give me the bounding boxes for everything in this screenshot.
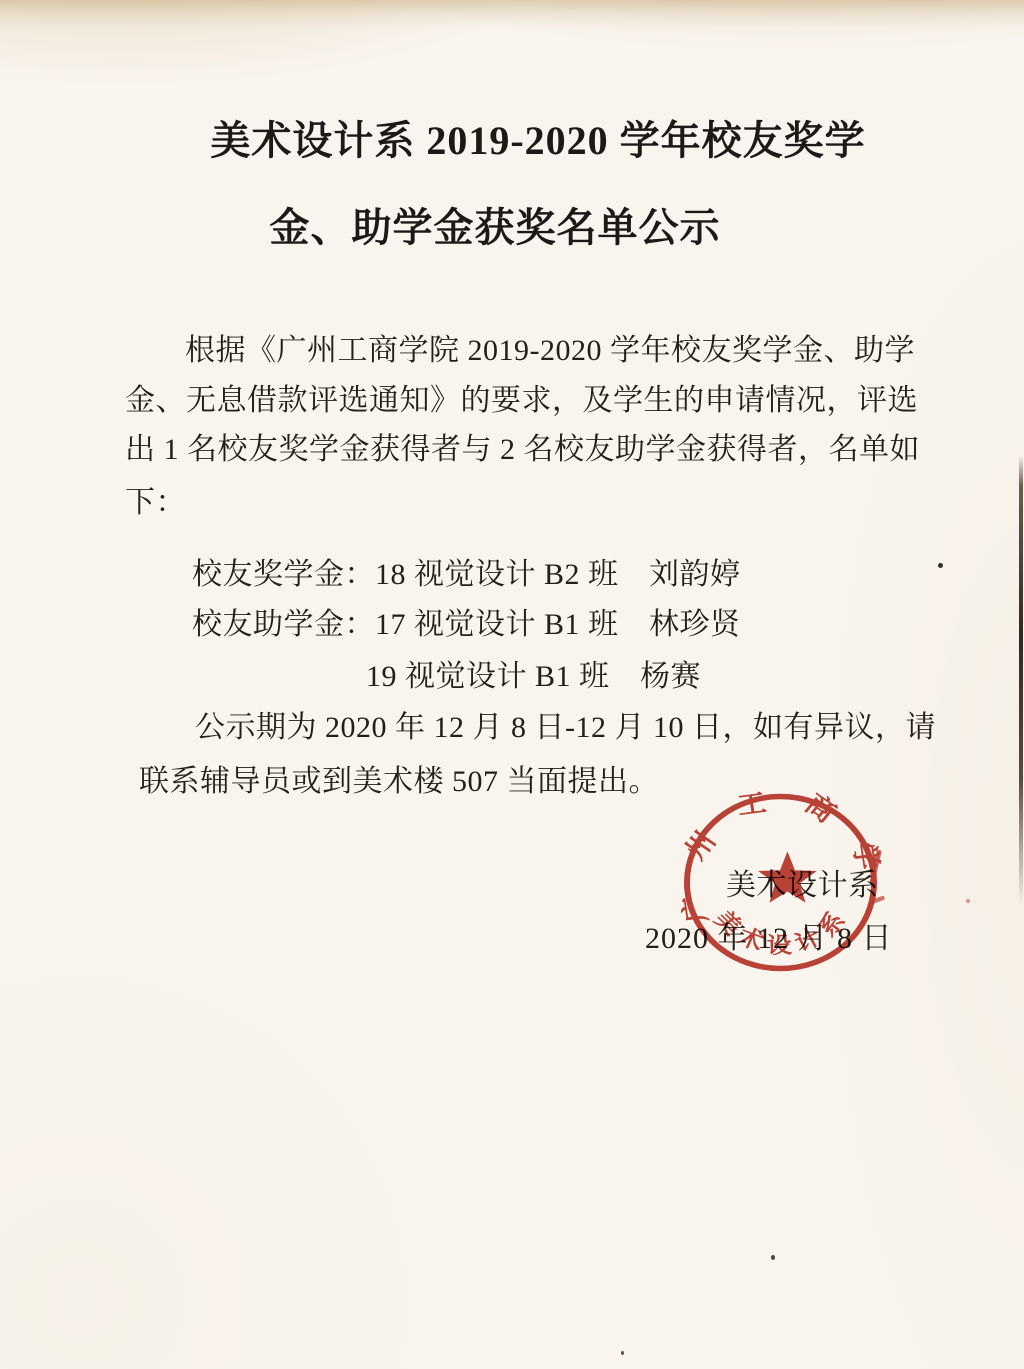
notice-line-2: 联系辅导员或到美术楼 507 当面提出。 <box>139 765 659 800</box>
scan-edge-shadow <box>1019 455 1023 905</box>
scanned-notice-page: 美术设计系 2019-2020 学年校友奖学 金、助学金获奖名单公示 根据《广州… <box>0 0 1024 1369</box>
seal-ring-text: 广州工商学院 <box>650 767 888 924</box>
award-line-scholarship: 校友奖学金：18 视觉设计 B2 班 刘韵婷 <box>192 558 741 593</box>
paper-speck <box>621 1351 624 1355</box>
award-line-grant-2: 19 视觉设计 B1 班 杨赛 <box>366 660 701 695</box>
official-seal: 广州工商学院 美术设计系 <box>681 791 880 974</box>
document-title-line-1: 美术设计系 2019-2020 学年校友奖学 <box>52 109 1024 166</box>
paragraph-line-4: 下： <box>125 486 186 521</box>
seal-star-icon <box>758 851 817 902</box>
paper-speck <box>966 899 970 903</box>
paragraph-line-3: 出 1 名校友奖学金获得者与 2 名校友助学金获得者，名单如 <box>125 433 920 468</box>
document-title-line-2: 金、助学金获奖名单公示 <box>0 196 990 253</box>
paragraph-line-1: 根据《广州工商学院 2019-2020 学年校友奖学金、助学 <box>185 334 915 369</box>
award-line-grant-1: 校友助学金：17 视觉设计 B1 班 林珍贤 <box>192 608 741 643</box>
notice-line-1: 公示期为 2020 年 12 月 8 日-12 月 10 日，如有异议，请 <box>195 711 936 746</box>
paper-speck <box>938 563 943 568</box>
paragraph-line-2: 金、无息借款评选通知》的要求，及学生的申请情况，评选 <box>125 384 918 419</box>
paper-speck <box>771 1255 775 1260</box>
